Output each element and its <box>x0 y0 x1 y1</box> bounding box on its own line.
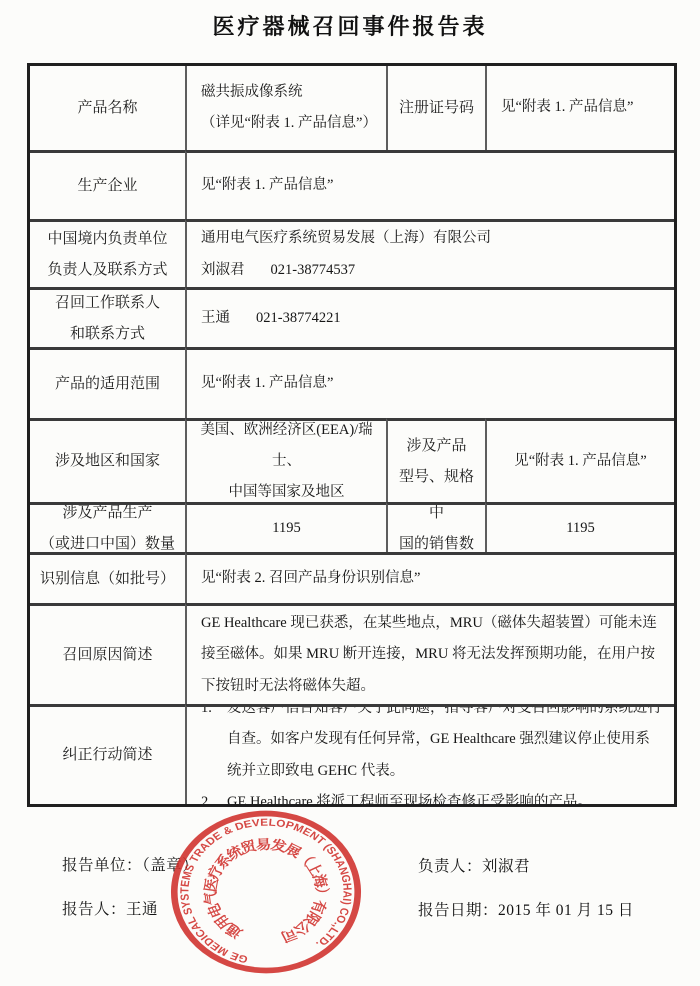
recall-reason-label-text: 召回原因简述 <box>62 640 152 671</box>
production-quantity-value: 1195 <box>185 502 386 552</box>
manufacturer-label: 生产企业 <box>30 150 185 219</box>
reporter-label: 报告人：王通 <box>62 897 158 919</box>
model-spec-label: 涉及产品 型号、规格 <box>386 418 485 502</box>
china-agent-contact-phone: 021-38774537 <box>271 262 356 278</box>
manufacturer-value: 见“附表 1. 产品信息” <box>185 150 674 219</box>
scope-label: 产品的适用范围 <box>30 347 185 418</box>
china-sales-label-line2: 国的销售数量 <box>392 529 481 553</box>
product-name-label: 产品名称 <box>30 66 185 150</box>
product-name-line1: 磁共振成像系统 <box>201 77 303 108</box>
stamp-english-text: GE MEDICAL SYSTEMS TRADE & DEVELOPMENT (… <box>162 803 370 977</box>
identification-label-text: 识别信息（如批号） <box>40 564 175 595</box>
regions-label-text: 涉及地区和国家 <box>55 446 160 477</box>
manufacturer-label-text: 生产企业 <box>77 171 137 202</box>
corrective-action-item-1-text: 发送客户信告知客户关于此问题，指导客户对受召回影响的系统进行自查。如客户发现有任… <box>227 704 662 787</box>
corrective-action-item-2: 2. GE Healthcare 将派工程师至现场检查修正受影响的产品。 <box>201 787 592 804</box>
model-spec-label-line2: 型号、规格 <box>399 462 474 493</box>
china-agent-company: 通用电气医疗系统贸易发展（上海）有限公司 <box>201 223 491 254</box>
china-agent-value: 通用电气医疗系统贸易发展（上海）有限公司 刘淑君021-38774537 <box>185 219 674 287</box>
model-spec-value: 见“附表 1. 产品信息” <box>485 418 674 502</box>
responsible-person-label: 负责人：刘淑君 <box>418 854 530 876</box>
identification-label: 识别信息（如批号） <box>30 552 185 603</box>
china-sales-number: 1195 <box>566 513 594 544</box>
china-sales-label-line1: 涉及产品在中 <box>392 502 481 529</box>
production-quantity-number: 1195 <box>272 513 300 544</box>
product-name-line2: （详见“附表 1. 产品信息”） <box>201 108 374 139</box>
registration-no-label-text: 注册证号码 <box>399 93 474 124</box>
report-date-label: 报告日期：2015 年 01 月 15 日 <box>418 898 634 920</box>
corrective-action-item-1-number: 1. <box>201 704 227 724</box>
stamp-outer-ring <box>162 803 370 981</box>
scope-value: 见“附表 1. 产品信息” <box>185 347 674 418</box>
recall-reason-value: GE Healthcare 现已获悉，在某些地点，MRU（磁体失超装置）可能未连… <box>185 603 674 704</box>
china-agent-contact: 刘淑君021-38774537 <box>201 255 355 286</box>
regions-value: 美国、欧洲经济区(EEA)/瑞士、 中国等国家及地区 <box>185 418 386 502</box>
corrective-action-value: 1. 发送客户信告知客户关于此问题，指导客户对受召回影响的系统进行自查。如客户发… <box>185 704 674 804</box>
corrective-action-label: 纠正行动简述 <box>30 704 185 804</box>
production-quantity-label: 涉及产品生产 （或进口中国）数量 <box>30 502 185 552</box>
registration-no-label: 注册证号码 <box>386 66 485 150</box>
product-name-value: 磁共振成像系统 （详见“附表 1. 产品信息”） <box>185 66 386 150</box>
company-seal-stamp: GE MEDICAL SYSTEMS TRADE & DEVELOPMENT (… <box>162 803 370 981</box>
corrective-action-item-1: 1. 发送客户信告知客户关于此问题，指导客户对受召回影响的系统进行自查。如客户发… <box>201 704 662 787</box>
regions-value-line2: 中国等国家及地区 <box>229 477 345 502</box>
identification-value-text: 见“附表 2. 召回产品身份识别信息” <box>201 563 421 594</box>
registration-no-value-text: 见“附表 1. 产品信息” <box>501 92 634 123</box>
china-agent-contact-name: 刘淑君 <box>201 262 245 278</box>
model-spec-value-text: 见“附表 1. 产品信息” <box>514 446 647 477</box>
corrective-action-label-text: 纠正行动简述 <box>62 740 152 771</box>
recall-report-table: 产品名称 磁共振成像系统 （详见“附表 1. 产品信息”） 注册证号码 见“附表… <box>27 63 677 807</box>
regions-value-line1: 美国、欧洲经济区(EEA)/瑞士、 <box>191 418 382 477</box>
production-quantity-label-line2: （或进口中国）数量 <box>40 529 175 553</box>
identification-value: 见“附表 2. 召回产品身份识别信息” <box>185 552 674 603</box>
recall-contact-line: 王通021-38774221 <box>201 303 341 334</box>
recall-reason-text: GE Healthcare 现已获悉，在某些地点，MRU（磁体失超装置）可能未连… <box>201 608 662 702</box>
china-sales-value: 1195 <box>485 502 674 552</box>
recall-reason-label: 召回原因简述 <box>30 603 185 704</box>
china-agent-label-line2: 负责人及联系方式 <box>47 255 167 286</box>
recall-contact-name: 王通 <box>201 310 230 326</box>
recall-contact-label-line2: 和联系方式 <box>70 319 145 348</box>
china-agent-label-line1: 中国境内负责单位 <box>47 224 167 255</box>
corrective-action-item-2-text: GE Healthcare 将派工程师至现场检查修正受影响的产品。 <box>227 787 592 804</box>
registration-no-value: 见“附表 1. 产品信息” <box>485 66 674 150</box>
recall-contact-label: 召回工作联系人 和联系方式 <box>30 287 185 347</box>
scope-label-text: 产品的适用范围 <box>55 369 160 400</box>
model-spec-label-line1: 涉及产品 <box>406 431 466 462</box>
production-quantity-label-line1: 涉及产品生产 <box>62 502 152 529</box>
product-name-label-text: 产品名称 <box>77 93 137 124</box>
recall-contact-phone: 021-38774221 <box>256 310 341 326</box>
regions-label: 涉及地区和国家 <box>30 418 185 502</box>
scope-value-text: 见“附表 1. 产品信息” <box>201 368 334 399</box>
china-agent-label: 中国境内负责单位 负责人及联系方式 <box>30 219 185 287</box>
recall-contact-value: 王通021-38774221 <box>185 287 674 347</box>
recall-contact-label-line1: 召回工作联系人 <box>55 288 160 319</box>
page-title: 医疗器械召回事件报告表 <box>0 10 700 41</box>
china-sales-label: 涉及产品在中 国的销售数量 <box>386 502 485 552</box>
manufacturer-value-text: 见“附表 1. 产品信息” <box>201 170 334 201</box>
corrective-action-item-2-number: 2. <box>201 787 227 804</box>
